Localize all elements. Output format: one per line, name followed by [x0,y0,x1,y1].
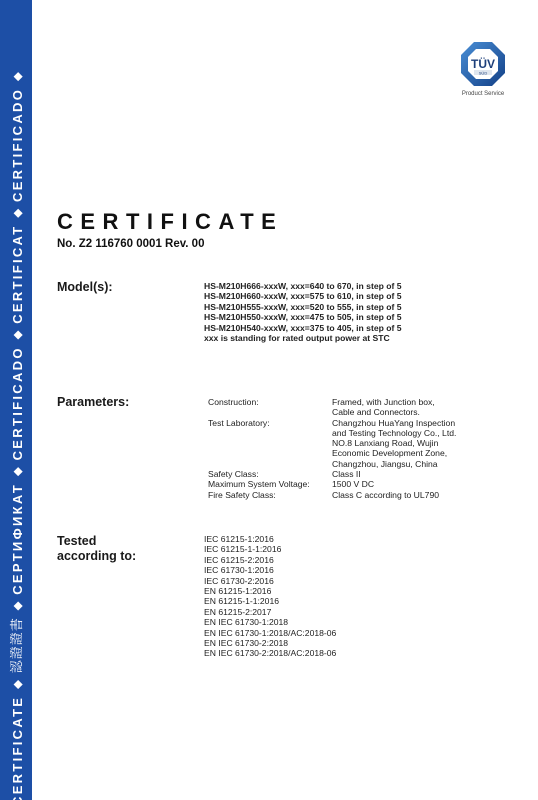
side-band: CERTIFICATE◆認證證書◆СЕРТИФИКАТ◆CERTIFICADO◆… [0,0,32,800]
parameter-key [208,459,332,469]
side-band-word: CERTIFICADO [10,346,26,460]
parameter-row: Test Laboratory:Changzhou HuaYang Inspec… [208,418,456,428]
standard-item: IEC 61730-1:2016 [204,565,336,575]
side-band-word: CERTIFICADO [10,88,26,202]
tested-label-line1: Tested [57,534,136,549]
side-band-word: CERTIFICAT [10,224,26,323]
diamond-icon: ◆ [10,72,26,80]
parameter-value: Economic Development Zone, [332,448,447,458]
parameter-value: Class II [332,469,361,479]
model-line: HS-M210H555-xxxW, xxx=520 to 555, in ste… [204,302,402,312]
parameter-key [208,438,332,448]
standard-item: IEC 61215-1:2016 [204,534,336,544]
parameter-row: NO.8 Lanxiang Road, Wujin [208,438,456,448]
standard-item: IEC 61730-2:2016 [204,576,336,586]
parameter-key [208,428,332,438]
standard-item: EN IEC 61730-1:2018 [204,617,336,627]
standard-item: EN IEC 61730-2:2018/AC:2018-06 [204,648,336,658]
models-label: Model(s): [57,280,113,295]
standard-item: EN 61215-1-1:2016 [204,596,336,606]
parameter-row: Safety Class:Class II [208,469,456,479]
svg-text:TÜV: TÜV [471,56,495,71]
svg-text:SÜD: SÜD [479,70,488,75]
tested-label-line2: according to: [57,549,136,564]
standard-item: IEC 61215-1-1:2016 [204,544,336,554]
standard-item: EN 61215-2:2017 [204,607,336,617]
parameter-row: Changzhou, Jiangsu, China [208,459,456,469]
certificate-number: No. Z2 116760 0001 Rev. 00 [57,238,204,250]
diamond-icon: ◆ [10,331,26,339]
standard-item: EN 61215-1:2016 [204,586,336,596]
diamond-icon: ◆ [10,467,26,475]
parameter-value: NO.8 Lanxiang Road, Wujin [332,438,438,448]
logo-caption: Product Service [458,91,508,97]
parameter-key: Construction: [208,397,332,407]
model-line: HS-M210H660-xxxW, xxx=575 to 610, in ste… [204,291,402,301]
parameter-key [208,448,332,458]
parameter-key [208,407,332,417]
diamond-icon: ◆ [10,680,26,688]
parameters-label: Parameters: [57,395,129,410]
parameter-value: and Testing Technology Co., Ltd. [332,428,456,438]
side-band-word: 認證證書 [10,617,26,673]
parameter-value: Framed, with Junction box, [332,397,435,407]
model-line: HS-M210H666-xxxW, xxx=640 to 670, in ste… [204,281,402,291]
parameter-row: and Testing Technology Co., Ltd. [208,428,456,438]
tested-label: Tested according to: [57,534,136,564]
parameter-row: Construction:Framed, with Junction box, [208,397,456,407]
parameter-value: 1500 V DC [332,479,374,489]
parameter-row: Fire Safety Class:Class C according to U… [208,490,456,500]
model-line: HS-M210H550-xxxW, xxx=475 to 505, in ste… [204,312,402,322]
parameter-key: Safety Class: [208,469,332,479]
parameter-value: Changzhou HuaYang Inspection [332,418,455,428]
parameter-row: Cable and Connectors. [208,407,456,417]
parameter-value: Cable and Connectors. [332,407,420,417]
standard-item: EN IEC 61730-2:2018 [204,638,336,648]
parameter-value: Class C according to UL790 [332,490,439,500]
model-line: HS-M210H540-xxxW, xxx=375 to 405, in ste… [204,323,402,333]
side-band-word: СЕРТИФИКАТ [10,483,26,595]
standard-item: IEC 61215-2:2016 [204,555,336,565]
diamond-icon: ◆ [10,209,26,217]
parameter-row: Economic Development Zone, [208,448,456,458]
side-band-word: CERTIFICATE [10,696,26,800]
parameters-table: Construction:Framed, with Junction box,C… [208,397,456,500]
parameter-row: Maximum System Voltage:1500 V DC [208,479,456,489]
standards-list: IEC 61215-1:2016IEC 61215-1-1:2016IEC 61… [204,534,336,659]
document-title: CERTIFICATE [57,209,283,235]
model-line: xxx is standing for rated output power a… [204,333,402,343]
tuv-octagon-icon: TÜV SÜD [459,40,507,88]
parameter-key: Maximum System Voltage: [208,479,332,489]
side-band-text: CERTIFICATE◆認證證書◆СЕРТИФИКАТ◆CERTIFICADO◆… [9,65,26,800]
models-list: HS-M210H666-xxxW, xxx=640 to 670, in ste… [204,281,402,343]
tuv-logo: TÜV SÜD Product Service [458,40,508,97]
standard-item: EN IEC 61730-1:2018/AC:2018-06 [204,628,336,638]
parameter-value: Changzhou, Jiangsu, China [332,459,438,469]
parameter-key: Test Laboratory: [208,418,332,428]
parameter-key: Fire Safety Class: [208,490,332,500]
diamond-icon: ◆ [10,602,26,610]
